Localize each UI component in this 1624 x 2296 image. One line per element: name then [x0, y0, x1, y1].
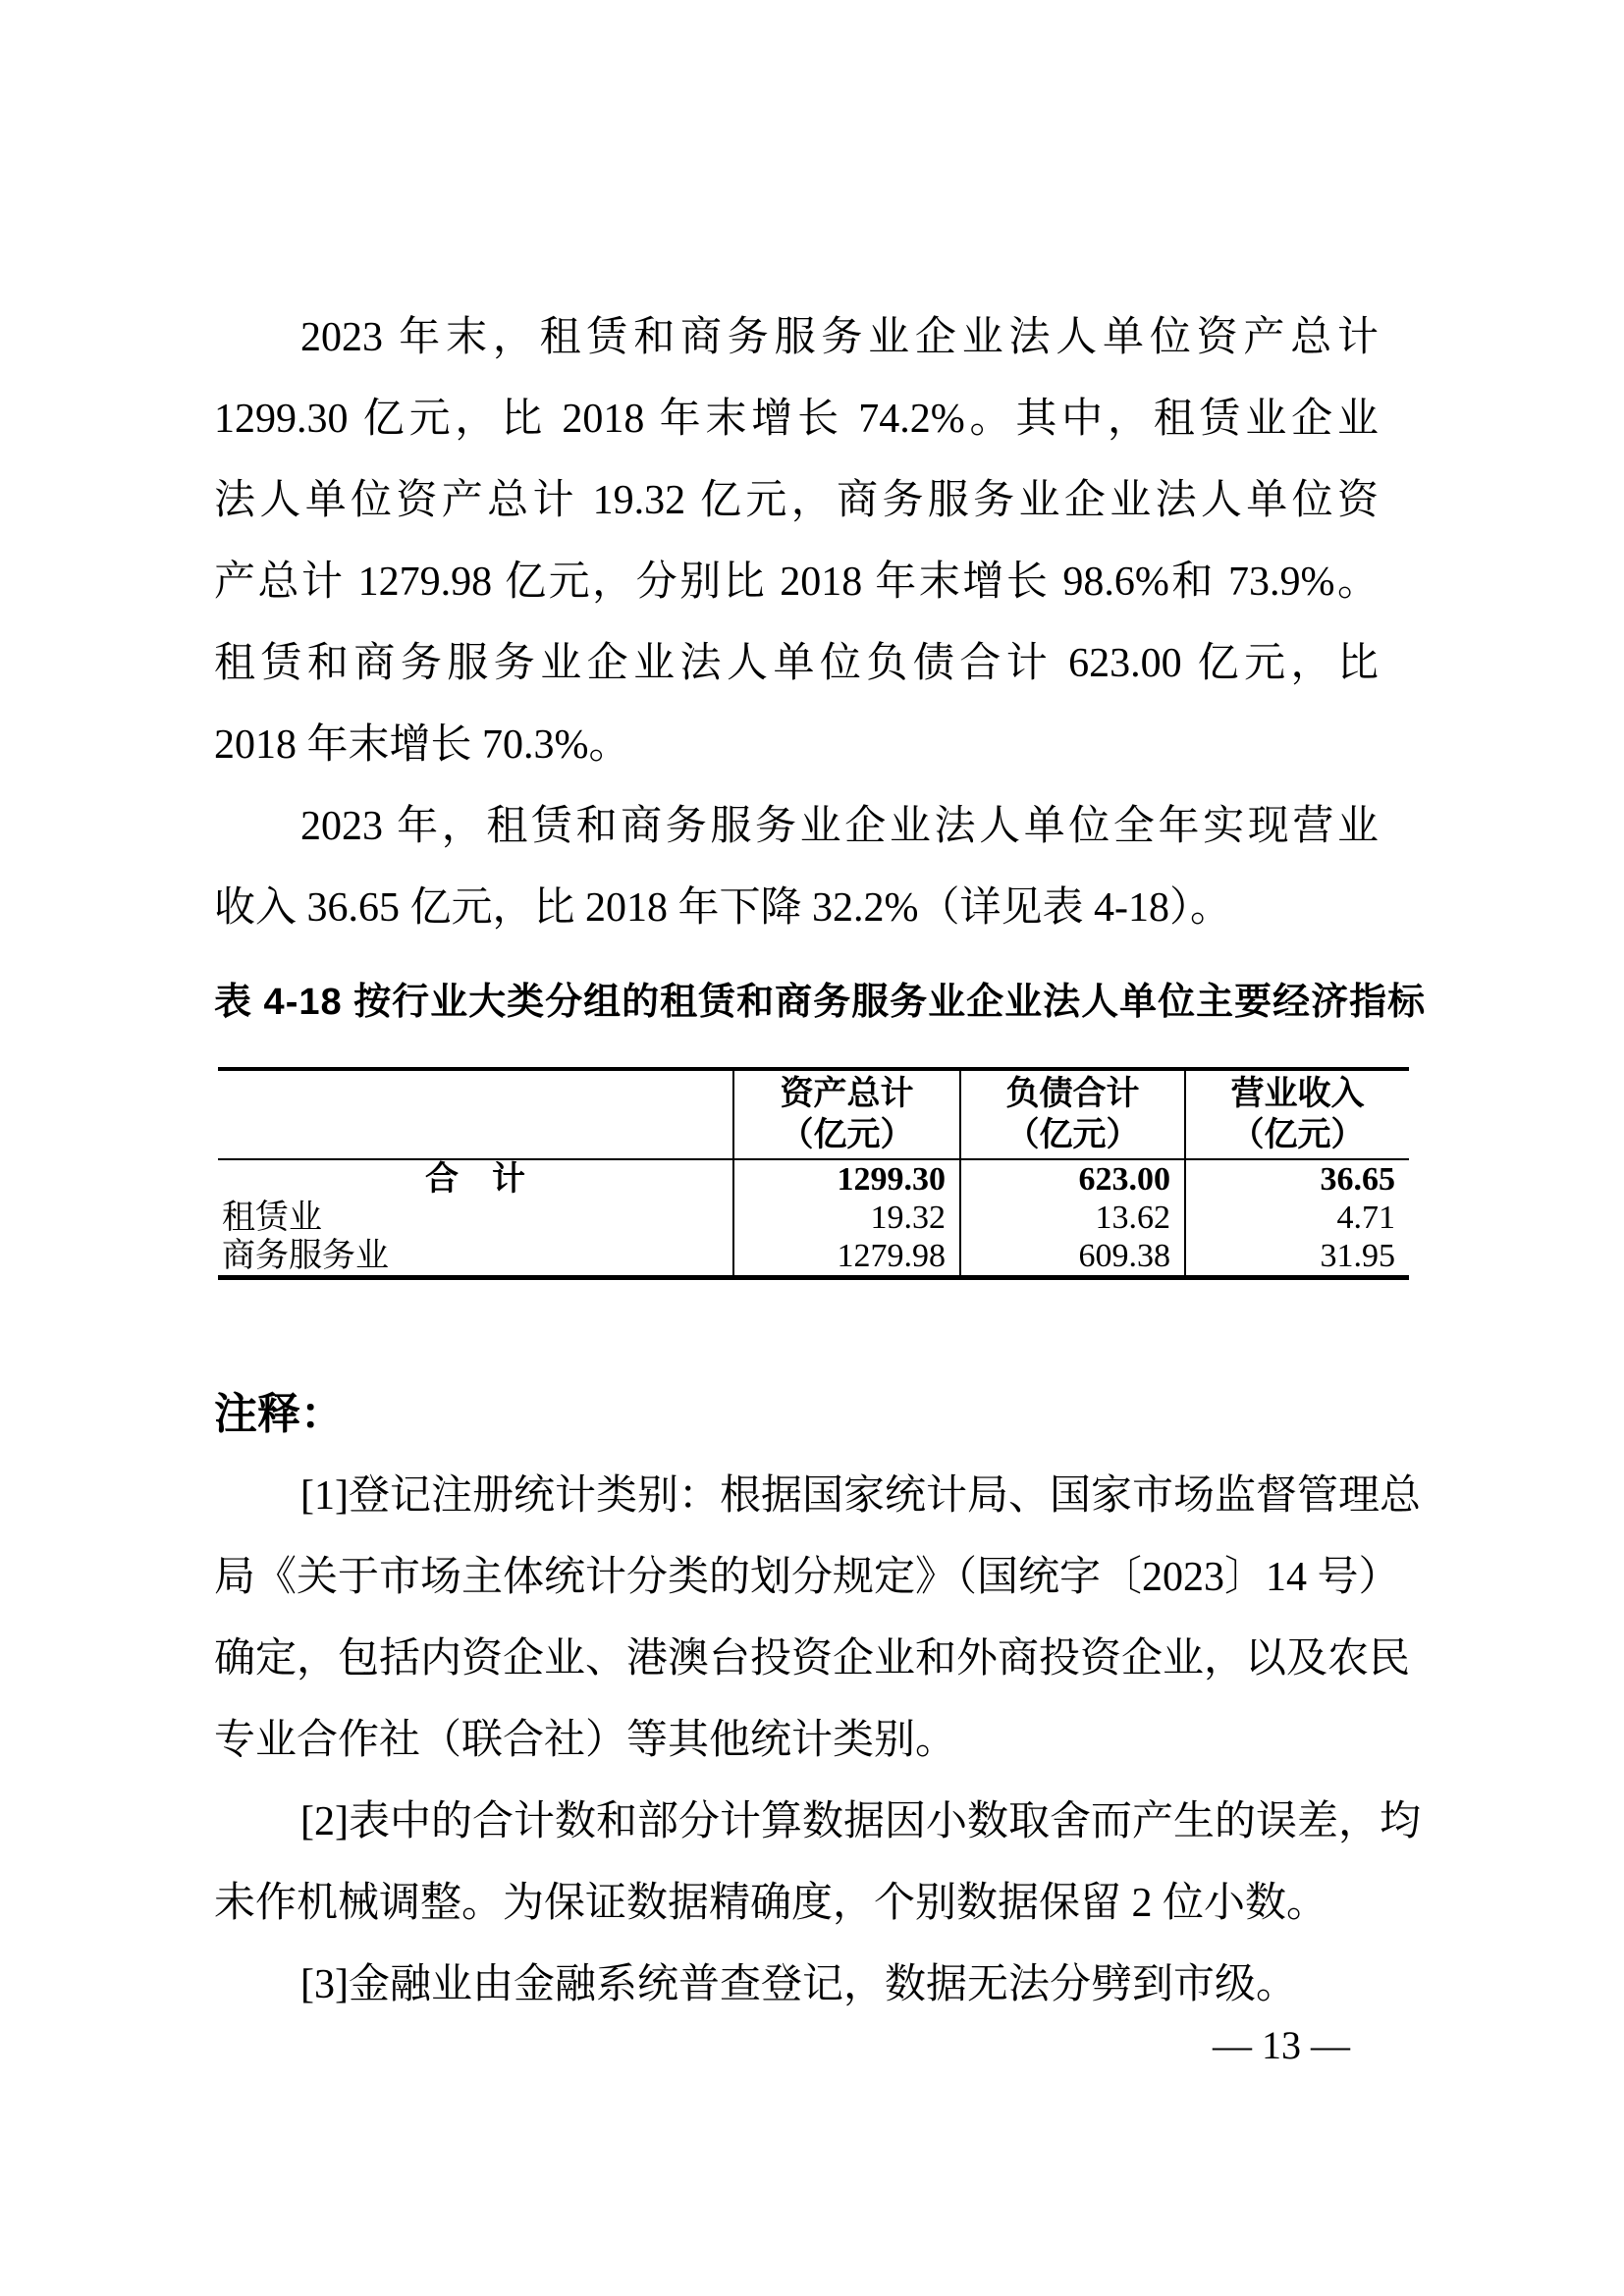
total-revenue-value: 36.65	[1185, 1159, 1409, 1199]
business-assets-value: 1279.98	[733, 1237, 960, 1278]
total-liabilities-value: 623.00	[960, 1159, 1185, 1199]
column-name: 资产总计	[734, 1074, 959, 1115]
business-liabilities-value: 609.38	[960, 1237, 1185, 1278]
note2-line: [2]表中的合计数和部分计算数据因小数取舍而产生的误差，均	[214, 1782, 1379, 1863]
paragraph1-line: 产总计 1279.98 亿元，分别比 2018 年末增长 98.6%和 73.9…	[214, 542, 1379, 623]
leasing-revenue-value: 4.71	[1185, 1199, 1409, 1237]
total-assets-value: 1299.30	[733, 1159, 960, 1199]
paragraph2-line: 收入 36.65 亿元，比 2018 年下降 32.2%（详见表 4-18）。	[214, 868, 1379, 949]
column-name: 负债合计	[961, 1074, 1184, 1115]
paragraph1-line: 2023 年末，租赁和商务服务业企业法人单位资产总计	[214, 297, 1379, 379]
body-text-block: 2023 年末，租赁和商务服务业企业法人单位资产总计 1299.30 亿元，比 …	[214, 297, 1379, 949]
row-label: 租赁业	[218, 1199, 733, 1237]
column-unit: （亿元）	[1186, 1115, 1409, 1156]
table-body: 合 计 1299.30 623.00 36.65 租赁业 19.32 13.62…	[218, 1159, 1409, 1278]
note3-line: [3]金融业由金融系统普查登记，数据无法分劈到市级。	[214, 1945, 1379, 2026]
table-header-blank-cell	[218, 1069, 733, 1159]
leasing-liabilities-value: 13.62	[960, 1199, 1185, 1237]
paragraph1-line: 租赁和商务服务业企业法人单位负债合计 623.00 亿元，比	[214, 623, 1379, 705]
note1-line: 专业合作社（联合社）等其他统计类别。	[214, 1700, 1379, 1782]
table-header: 资产总计 （亿元） 负债合计 （亿元） 营业收入 （亿元）	[218, 1069, 1409, 1159]
note1-line: 确定，包括内资企业、港澳台投资企业和外商投资企业，以及农民	[214, 1619, 1379, 1700]
paragraph2-line: 2023 年，租赁和商务服务业企业法人单位全年实现营业	[214, 786, 1379, 868]
note1-line: [1]登记注册统计类别：根据国家统计局、国家市场监督管理总	[214, 1456, 1379, 1537]
paragraph1-line: 法人单位资产总计 19.32 亿元，商务服务业企业法人单位资	[214, 460, 1379, 542]
row-label: 商务服务业	[218, 1237, 733, 1278]
table-caption: 表 4-18 按行业大类分组的租赁和商务服务业企业法人单位主要经济指标	[214, 980, 1392, 1025]
leasing-assets-value: 19.32	[733, 1199, 960, 1237]
row-label: 合 计	[218, 1159, 733, 1199]
business-revenue-value: 31.95	[1185, 1237, 1409, 1278]
column-name: 营业收入	[1186, 1074, 1409, 1115]
table-header-revenue: 营业收入 （亿元）	[1185, 1069, 1409, 1159]
paragraph1-line: 2018 年末增长 70.3%。	[214, 705, 1379, 786]
notes-heading: 注释：	[214, 1387, 344, 1442]
notes-text-block: [1]登记注册统计类别：根据国家统计局、国家市场监督管理总 局《关于市场主体统计…	[214, 1456, 1379, 2026]
paragraph1-line: 1299.30 亿元，比 2018 年末增长 74.2%。其中，租赁业企业	[214, 379, 1379, 460]
table-header-assets: 资产总计 （亿元）	[733, 1069, 960, 1159]
table-row-leasing: 租赁业 19.32 13.62 4.71	[218, 1199, 1409, 1237]
table-header-liabilities: 负债合计 （亿元）	[960, 1069, 1185, 1159]
page-number: — 13 —	[1159, 2022, 1404, 2069]
column-unit: （亿元）	[961, 1115, 1184, 1156]
note2-line: 未作机械调整。为保证数据精确度，个别数据保留 2 位小数。	[214, 1863, 1379, 1945]
report-page: 2023 年末，租赁和商务服务业企业法人单位资产总计 1299.30 亿元，比 …	[0, 0, 1624, 2296]
column-unit: （亿元）	[734, 1115, 959, 1156]
table-row-business-services: 商务服务业 1279.98 609.38 31.95	[218, 1237, 1409, 1278]
note1-line: 局《关于市场主体统计分类的划分规定》（国统字〔2023〕14 号）	[214, 1537, 1379, 1619]
economic-indicators-table: 资产总计 （亿元） 负债合计 （亿元） 营业收入 （亿元） 合 计 1299.3…	[218, 1067, 1409, 1280]
table-row-total: 合 计 1299.30 623.00 36.65	[218, 1159, 1409, 1199]
